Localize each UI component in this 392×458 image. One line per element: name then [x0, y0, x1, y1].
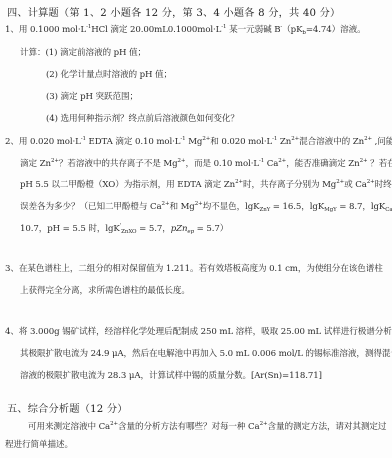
q4-line-2: 其极限扩散电流为 24.9 μA，然后在电解池中再加入 5.0 mL 0.006…	[20, 349, 392, 360]
q2-line-1: 2、用 0.020 mol·L-1 EDTA 滴定 0.10 mol·L-1 M…	[5, 137, 392, 148]
section5-line-2: 程进行简单描述。	[5, 440, 73, 451]
exam-page: 四、计算题（第 1、2 小题各 12 分，第 3、4 小题各 8 分，共 40 …	[0, 0, 392, 458]
q4-line-3: 溶液的极限扩散电流为 28.3 μA，计算试样中锡的质量分数。[Ar(Sn)=1…	[20, 371, 322, 382]
q2-line-5: 10.7，pH = 5.5 时，lgK'ZnXO = 5.7，pZnep = 5…	[20, 224, 228, 235]
q1-calc-4: (4) 选用何种指示剂？终点前后溶液颜色如何变化？	[46, 114, 239, 125]
q1-calc-2: (2) 化学计量点时溶液的 pH 值；	[46, 70, 172, 81]
q2-line-3: pH 5.5 以二甲酚橙（XO）为指示剂，用 EDTA 滴定 Zn2+时，共存离…	[20, 180, 392, 191]
section5-line-1: 可用来测定溶液中 Ca2+含量的分析方法有哪些？对每一种 Ca2+含量的测定方法…	[28, 422, 386, 433]
q1-stem: 1、用 0.1000 mol·L-1HCl 滴定 20.00mL0.1000mo…	[5, 25, 366, 36]
q3-line-2: 上获得完全分离，求所需色谱柱的最低长度。	[20, 286, 190, 297]
section4-heading: 四、计算题（第 1、2 小题各 12 分，第 3、4 小题各 8 分，共 40 …	[7, 7, 340, 20]
q3-line-1: 3、在某色谱柱上，二组分的相对保留值为 1.211。若有效塔板高度为 0.1 c…	[5, 264, 383, 275]
section5-heading: 五、综合分析题（12 分）	[7, 403, 128, 416]
q1-calc-3: (3) 滴定 pH 突跃范围；	[46, 92, 138, 103]
q1-calc-1: 计算：(1) 滴定前溶液的 pH 值；	[20, 48, 146, 59]
q2-line-2: 滴定 Zn2+？若溶液中的共存离子不是 Mg2+，而是 0.10 mol·L-1…	[20, 159, 392, 170]
q2-line-4: 误差各为多少？（已知二甲酚橙与 Ca2+和 Mg2+均不显色，lgKZnY = …	[20, 202, 392, 213]
q4-line-1: 4、将 3.000g 锡矿试样，经溶样化学处理后配制成 250 mL 溶样，吸取…	[5, 327, 392, 338]
